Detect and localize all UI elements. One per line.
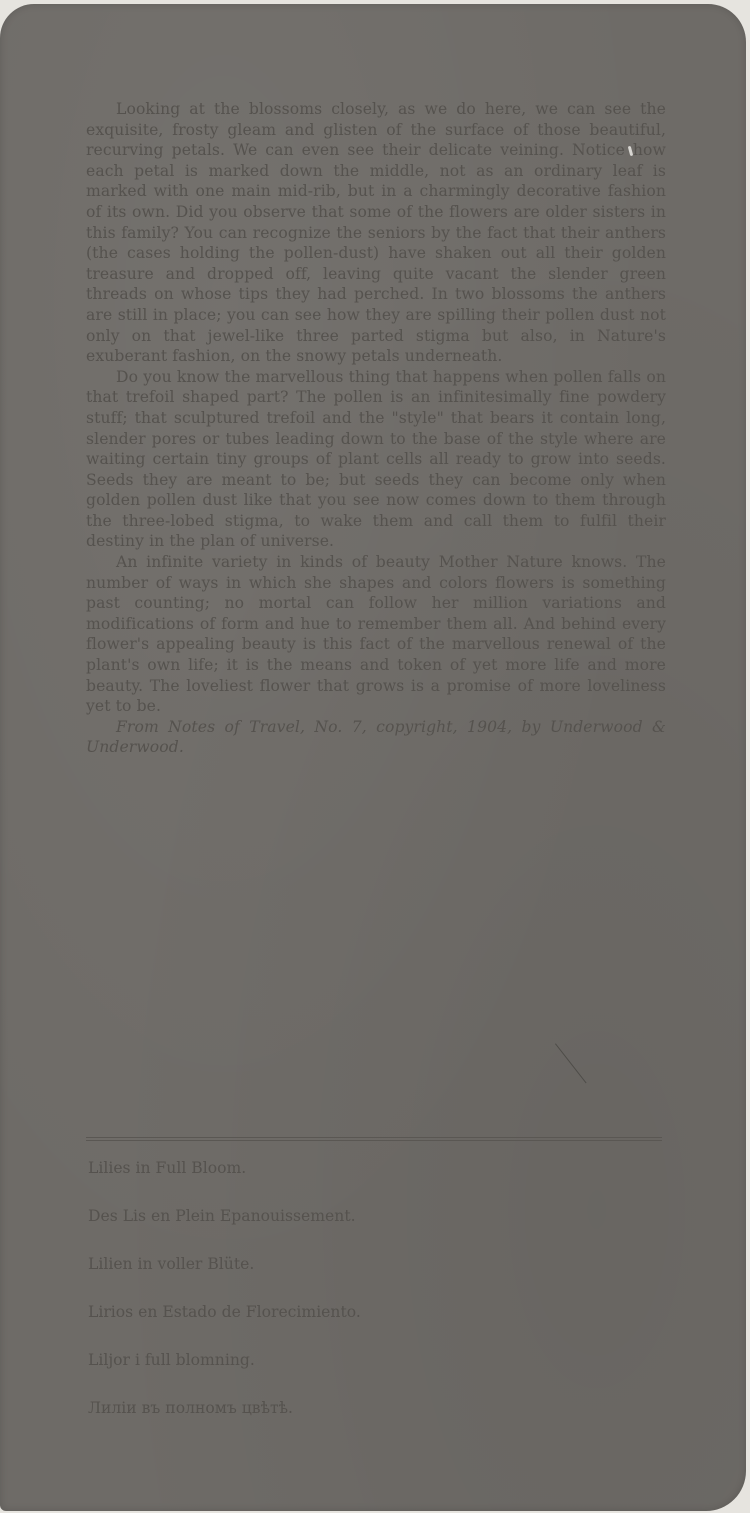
title-spanish: Lirios en Estado de Florecimiento.	[88, 1300, 648, 1348]
paragraph-2: Do you know the marvellous thing that ha…	[86, 367, 666, 552]
multilingual-titles: Lilies in Full Bloom. Des Lis en Plein E…	[88, 1156, 648, 1444]
divider-rule	[86, 1137, 662, 1141]
description-text: Looking at the blossoms closely, as we d…	[86, 99, 666, 758]
title-french: Des Lis en Plein Epanouissement.	[88, 1204, 648, 1252]
title-english: Lilies in Full Bloom.	[88, 1156, 648, 1204]
paragraph-3: An infinite variety in kinds of beauty M…	[86, 552, 666, 717]
paragraph-1: Looking at the blossoms closely, as we d…	[86, 99, 666, 367]
faded-vertical-marking	[700, 1244, 720, 1384]
copyright-credit: From Notes of Travel, No. 7, copyright, …	[86, 717, 666, 758]
stereoview-card-back: Looking at the blossoms closely, as we d…	[0, 4, 746, 1511]
title-german: Lilien in voller Blüte.	[88, 1252, 648, 1300]
title-swedish: Liljor i full blomning.	[88, 1348, 648, 1396]
paper-crease	[555, 1043, 587, 1083]
title-russian: Лиліи въ полномъ цвѣтѣ.	[88, 1396, 648, 1444]
